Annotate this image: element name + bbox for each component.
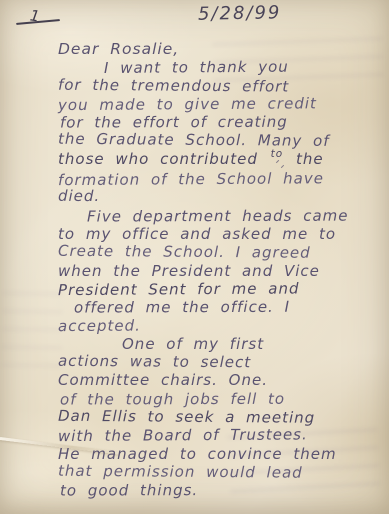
letter-line: Create the School. I agreed — [58, 242, 378, 263]
letter-line: President Sent for me and — [58, 279, 378, 300]
letter-line: Committee chairs. One. — [58, 371, 378, 389]
letter-line-with-insertion: those who contributed to the — [58, 150, 378, 170]
letter-line: Five department heads came — [87, 206, 380, 225]
inserted-word-above-caret: to — [271, 145, 284, 163]
letter-line: to good things. — [60, 481, 380, 500]
letter-line: the Graduate School. Many of — [58, 130, 378, 151]
letter-line: died. — [58, 187, 378, 208]
letter-line: I want to thank you — [104, 57, 378, 77]
letter-line: that permission would lead — [58, 462, 378, 483]
letter-line: offered me the office. I — [74, 298, 380, 317]
letter-line: to my office and asked me to — [58, 225, 378, 243]
letter-line: of the tough jobs fell to — [60, 389, 380, 408]
letter-line: He managed to convince them — [58, 445, 378, 463]
letter-line: with the Board of Trustees. — [58, 425, 378, 446]
line-text: the — [285, 150, 323, 168]
letter-line: for the effort of creating — [60, 113, 380, 132]
line-text: those who contributed — [58, 150, 269, 168]
letter-line: when the President and Vice — [58, 262, 378, 280]
letter-line: accepted. — [58, 315, 378, 336]
letter-line: actions was to select — [58, 352, 378, 373]
letter-body: Dear Rosalie, I want to thank you for th… — [58, 40, 378, 499]
letter-line: you made to give me credit — [58, 94, 378, 115]
letter-date: 5/28/99 — [198, 2, 282, 24]
ink-bleedthrough-mid-left — [1, 287, 63, 378]
salutation: Dear Rosalie, — [58, 40, 378, 58]
letter-line: for the tremendous effort — [58, 75, 378, 96]
letter-line: One of my first — [122, 335, 378, 353]
letter-page: 1 5/28/99 Dear Rosalie, I want to thank … — [0, 0, 389, 514]
